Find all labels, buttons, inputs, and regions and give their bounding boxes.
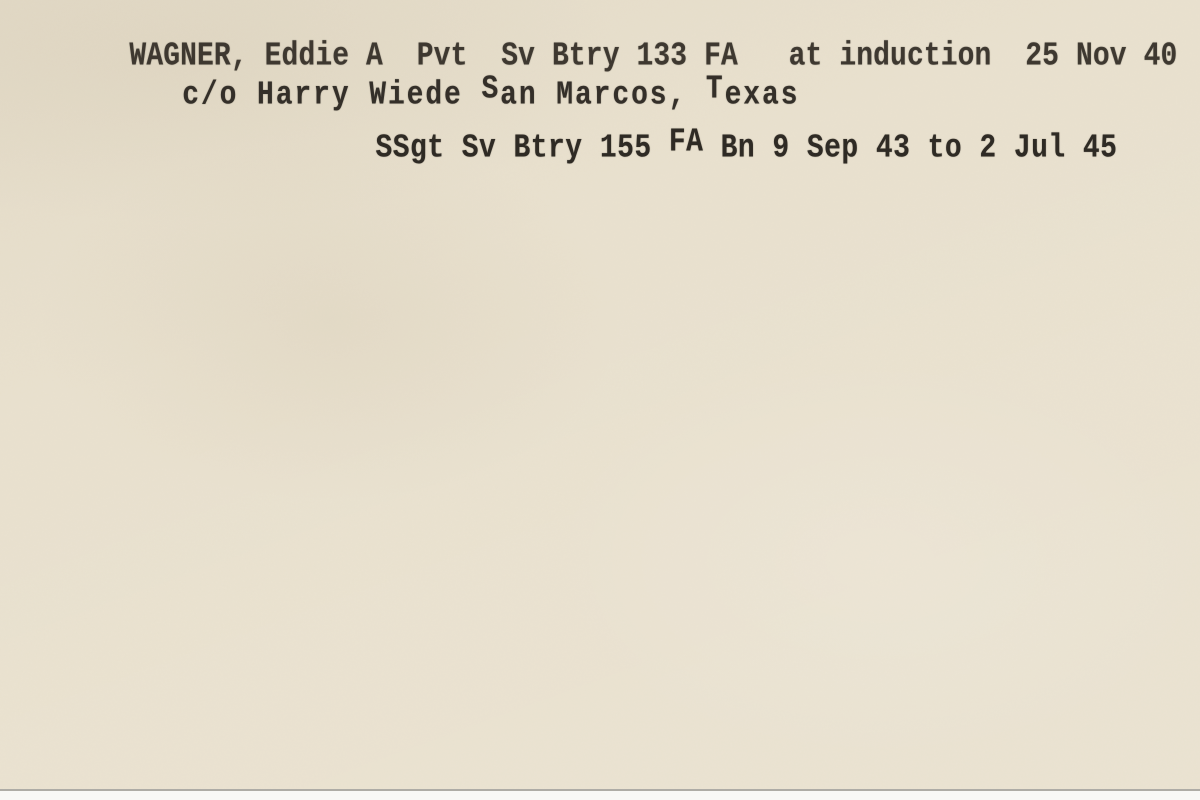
typed-segment: SSgt Sv Btry 155 bbox=[376, 131, 669, 168]
scanner-background-strip bbox=[0, 791, 1200, 800]
raised-characters-fa: FA bbox=[669, 125, 704, 162]
scanned-document: WAGNER, Eddie A Pvt Sv Btry 133 FA at in… bbox=[0, 0, 1200, 800]
typed-line-3: SSgt Sv Btry 155 FA Bn 9 Sep 43 to 2 Jul… bbox=[272, 94, 1117, 204]
typed-segment: Bn 9 Sep 43 to 2 Jul 45 bbox=[703, 131, 1117, 168]
index-card: WAGNER, Eddie A Pvt Sv Btry 133 FA at in… bbox=[0, 0, 1200, 789]
